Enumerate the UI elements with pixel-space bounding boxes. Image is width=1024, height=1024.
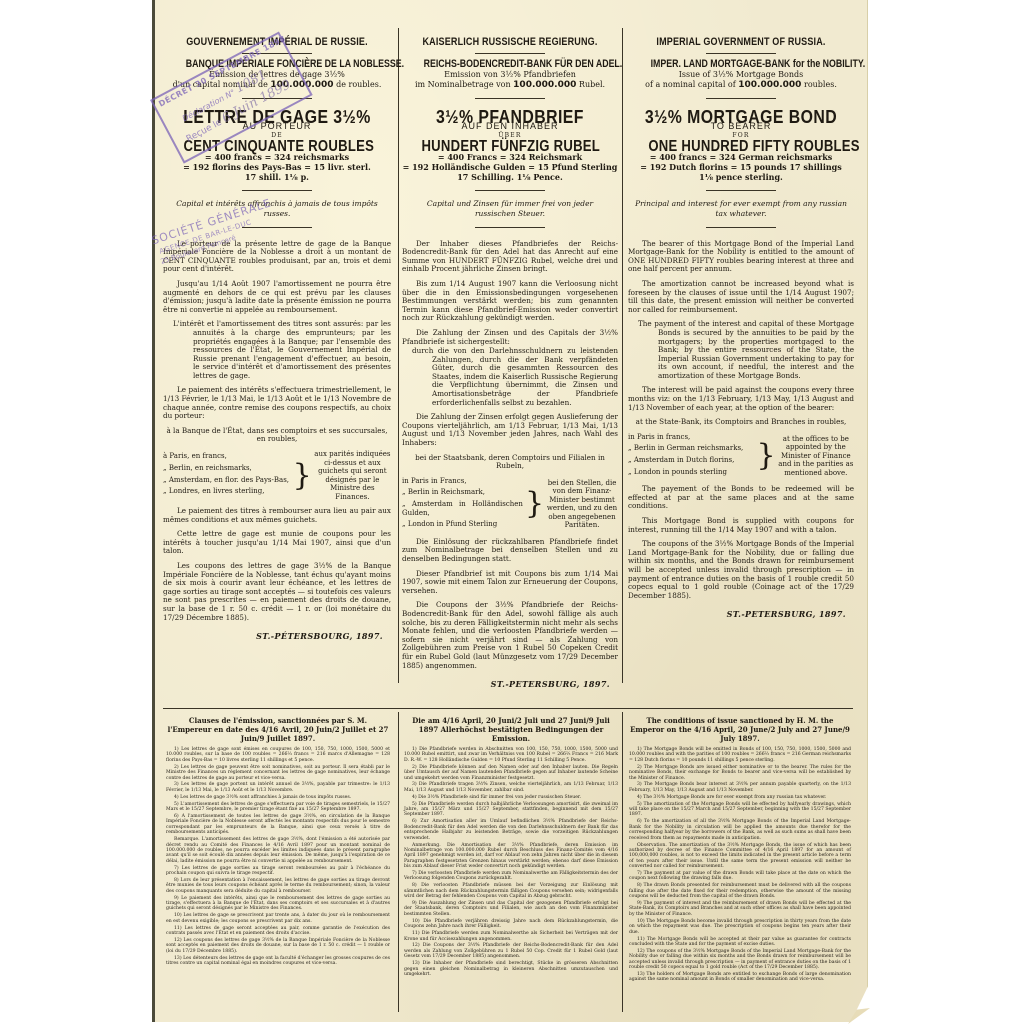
- clause-security: durch die von den Darlehnsschuldnern zu …: [402, 347, 618, 407]
- conditions-heading: The conditions of issue sanctioned by H.…: [629, 716, 851, 743]
- condition-item: 13) Die Inhaber der Pfandbriefe sind ber…: [404, 961, 618, 977]
- tax-exemption: Capital und Zinsen für immer frei von je…: [408, 199, 612, 219]
- column-divider: [398, 712, 399, 1012]
- conditions-en: The conditions of issue sanctioned by H.…: [629, 716, 851, 984]
- clause-interest-payment: Die Zahlung der Zinsen erfolgt gegen Aus…: [402, 413, 618, 447]
- condition-item: 3) The Mortgage Bonds bear interest at 3…: [629, 782, 851, 793]
- payment-place: „ London in Pfund Sterling: [402, 520, 523, 529]
- payment-place: in Paris in Francs,: [402, 477, 523, 486]
- tax-exemption: Principal and interest for ever exempt f…: [634, 199, 848, 219]
- payment-place: „ Amsterdam in Holländischen Gulden,: [402, 500, 523, 517]
- state-bank-payment: à la Banque de l'État, dans ses comptoir…: [163, 427, 391, 444]
- bank-name: IMPER. LAND MORTGAGE-BANK for the NOBILI…: [651, 60, 832, 69]
- clause-customs: Les coupons des lettres de gage 3½% de l…: [163, 562, 391, 622]
- rule: [706, 190, 776, 191]
- brace-symbol: }: [525, 489, 544, 519]
- clause-interest-payment: The interest will be paid against the co…: [628, 386, 854, 412]
- payment-place: à Paris, en francs,: [163, 452, 291, 461]
- condition-item: 10) Les lettres de gage se prescrivent p…: [166, 913, 390, 924]
- payment-note: aux parités indiquées ci-dessus et aux g…: [314, 450, 391, 501]
- condition-item: 13) Les détenteurs des lettres de gage o…: [166, 956, 390, 967]
- condition-item: 8) The drawn Bonds presented for reimbur…: [629, 883, 851, 899]
- rule: [475, 190, 545, 191]
- payment-place: „ Berlin in Reichsmark,: [402, 488, 523, 497]
- place-date: ST.-PÉTERSBOURG, 1897.: [163, 632, 383, 641]
- condition-item: 12) Les coupons des lettres de gage 3½% …: [166, 938, 390, 954]
- payment-places: in Paris in Francs,„ Berlin in Reichsmar…: [402, 477, 618, 532]
- condition-item: 9) The payment of interest and the reimb…: [629, 901, 851, 917]
- condition-item: 12) The coupons of the 3½% Mortgage Bond…: [629, 949, 851, 971]
- place-date: ST.-PETERSBURG, 1897.: [402, 680, 610, 689]
- condition-item: 11) The Mortgage Bonds will be accepted …: [629, 937, 851, 948]
- condition-item: 2) Les lettres de gage peuvent être soit…: [166, 765, 390, 781]
- payment-note: at the offices to be appointed by the Mi…: [778, 435, 854, 478]
- condition-item: Anmerkung. Die Amortisation der 3½% Pfan…: [404, 843, 618, 870]
- condition-item: 8) Die verloosten Pfandbriefe müssen bei…: [404, 883, 618, 899]
- condition-item: 7) Die verloosten Pfandbriefe werden zum…: [404, 871, 618, 882]
- brace-symbol: }: [757, 441, 776, 471]
- condition-item: Observation. The amortization of the 3½%…: [629, 843, 851, 870]
- condition-item: 4) The 3½% Mortgage Bonds are for ever e…: [629, 795, 851, 800]
- condition-item: 1) Die Pfandbriefe werden in Abschnitten…: [404, 747, 618, 763]
- conditions-heading: Clauses de l'émission, sanctionnées par …: [166, 716, 390, 743]
- condition-item: 4) Die 3½% Pfandbriefe sind für immer fr…: [404, 795, 618, 800]
- condition-item: 2) Die Pfandbriefe können auf den Namen …: [404, 765, 618, 781]
- clause-interest-payment: Le paiement des intérêts s'effectuera tr…: [163, 386, 391, 420]
- condition-item: 3) Die Pfandbriefe tragen 3½% Zinsen, we…: [404, 782, 618, 793]
- condition-item: Remarque. L'amortissement des lettres de…: [166, 837, 390, 864]
- payment-place: in Paris in francs,: [628, 433, 755, 442]
- brace-symbol: }: [293, 461, 312, 491]
- payment-place: „ Berlin in German reichsmarks,: [628, 444, 755, 453]
- column-divider: [622, 28, 623, 683]
- rule: [706, 98, 776, 99]
- clause-security: The payment of the interest and capital …: [628, 320, 854, 380]
- column-en: IMPERIAL GOVERNMENT OF RUSSIA.IMPER. LAN…: [628, 30, 854, 619]
- condition-item: 7) Les lettres de gage sorties au tirage…: [166, 866, 390, 877]
- clause-amortization: The amortization cannot be increased bey…: [628, 280, 854, 314]
- condition-item: 9) Le paiement des intérêts, ainsi que l…: [166, 896, 390, 912]
- conditions-fr: Clauses de l'émission, sanctionnées par …: [166, 716, 390, 968]
- clause-customs: Die Coupons der 3½% Pfandbriefe der Reic…: [402, 601, 618, 670]
- column-divider: [398, 28, 399, 683]
- state-bank-payment: bei der Staatsbank, deren Comptoirs und …: [402, 454, 618, 471]
- payment-place: „ London in pounds sterling: [628, 468, 755, 477]
- condition-item: 13) The holders of Mortgage Bonds are en…: [629, 972, 851, 983]
- conditions-divider: [163, 708, 853, 709]
- bond-title: 3½% MORTGAGE BOND: [642, 113, 841, 122]
- column-divider: [622, 712, 623, 1012]
- face-value: HUNDERT FÜNFZIG RUBEL: [421, 143, 598, 152]
- face-value: ONE HUNDRED FIFTY ROUBLES: [648, 143, 833, 152]
- issue-line: Emission von 3½% Pfandbriefenim Nominalb…: [402, 70, 618, 90]
- clause-customs: The coupons of the 3½% Mortgage Bonds of…: [628, 540, 854, 600]
- clause-entitlement: The bearer of this Mortgage Bond of the …: [628, 240, 854, 274]
- condition-item: 3) Les lettres de gage portent un intérê…: [166, 782, 390, 793]
- condition-item: 2) The Mortgage Bonds are issued either …: [629, 765, 851, 781]
- rule: [706, 227, 776, 228]
- clause-redemption: The payement of the Bonds to be redeemed…: [628, 485, 854, 511]
- clause-redemption: Die Einlösung der rückzahlbaren Pfandbri…: [402, 538, 618, 564]
- payment-place: „ Berlin, en reichsmarks,: [163, 464, 291, 473]
- payment-place: „ Amsterdam, en flor. des Pays-Bas,: [163, 476, 291, 485]
- column-de: KAISERLICH RUSSISCHE REGIERUNG.REICHS-BO…: [402, 30, 618, 689]
- rule: [706, 53, 776, 54]
- clause-amortization: Bis zum 1/14 August 1907 kann die Verloo…: [402, 280, 618, 323]
- condition-item: 8) Lors de leur présentation à l'encaiss…: [166, 878, 390, 894]
- currency-equivalents: = 400 francs = 324 German reichsmarks= 1…: [628, 152, 854, 182]
- clause-entitlement: Der Inhaber dieses Pfandbriefes der Reic…: [402, 240, 618, 274]
- condition-item: 5) Die Pfandbriefe werden durch halbjähr…: [404, 802, 618, 818]
- condition-item: 11) Les lettres de gage seront acceptées…: [166, 926, 390, 937]
- issue-amount: 100.000.000: [513, 80, 576, 90]
- condition-item: 1) The Mortgage Bonds will be emitted in…: [629, 747, 851, 763]
- condition-item: 12) Die Coupons der 3½% Pfandbriefe der …: [404, 943, 618, 959]
- tax-exemption: Capital et intérêts affranchis à jamais …: [169, 199, 385, 219]
- issue-line: Issue of 3½% Mortgage Bondsof a nominal …: [628, 70, 854, 90]
- bond-title: 3½% PFANDBRIEF: [415, 113, 605, 122]
- clause-security: L'intérêt et l'amortissement des titres …: [163, 320, 391, 380]
- condition-item: 10) The Mortgage Bonds become invalid th…: [629, 919, 851, 935]
- condition-item: 7) The payment at par value of the drawn…: [629, 871, 851, 882]
- bank-name: REICHS-BODENCREDIT-BANK FÜR DEN ADEL.: [424, 60, 597, 69]
- rule: [475, 98, 545, 99]
- conditions-heading: Die am 4/16 April, 20 Juni/2 Juli und 27…: [404, 716, 618, 743]
- condition-item: 5) L'amortissement des lettres de gage s…: [166, 802, 390, 813]
- condition-item: 5) The amortization of the Mortgage Bond…: [629, 802, 851, 818]
- condition-item: 6) Zur Amortisation aller im Umlauf befi…: [404, 819, 618, 841]
- rule: [475, 227, 545, 228]
- condition-item: 6) A l'amortissement de toutes les lettr…: [166, 814, 390, 836]
- clause-coupons: Dieser Pfandbrief ist mit Coupons bis zu…: [402, 570, 618, 596]
- state-bank-payment: at the State-Bank, its Comptoirs and Bra…: [628, 418, 854, 427]
- condition-item: 11) Die Pfandbriefe werden zum Nominalwe…: [404, 931, 618, 942]
- payment-places: à Paris, en francs,„ Berlin, en reichsma…: [163, 450, 391, 501]
- clause-redemption: Le paiement des titres à rembourser aura…: [163, 507, 391, 524]
- condition-item: 6) To the amortization of all the 3½% Mo…: [629, 819, 851, 841]
- rule: [242, 190, 312, 191]
- condition-item: 1) Les lettres de gage sont émises en co…: [166, 747, 390, 763]
- government-heading: IMPERIAL GOVERNMENT OF RUSSIA.: [648, 38, 833, 47]
- currency-equivalents: = 400 Francs = 324 Reichsmark= 192 Hollä…: [402, 152, 618, 182]
- clause-amortization: Jusqu'au 1/14 Août 1907 l'amortissement …: [163, 280, 391, 314]
- condition-item: 4) Les lettres de gage 3½% sont affranch…: [166, 795, 390, 800]
- issue-amount: 100.000.000: [738, 80, 801, 90]
- payment-places: in Paris in francs,„ Berlin in German re…: [628, 433, 854, 479]
- clause-security-lead: Die Zahlung der Zinsen und des Capitals …: [402, 329, 618, 346]
- clause-coupons: This Mortgage Bond is supplied with coup…: [628, 517, 854, 534]
- payment-note: bei den Stellen, die von dem Finanz-Mini…: [546, 479, 618, 530]
- payment-place: „ Londres, en livres sterling,: [163, 487, 291, 496]
- condition-item: 9) Die Auszahlung der Zinsen und das Cap…: [404, 901, 618, 917]
- condition-item: 10) Die Pfandbriefe verjähren dreissig J…: [404, 919, 618, 930]
- government-heading: KAISERLICH RUSSISCHE REGIERUNG.: [421, 38, 598, 47]
- conditions-de: Die am 4/16 April, 20 Juni/2 Juli und 27…: [404, 716, 618, 979]
- payment-place: „ Amsterdam in Dutch florins,: [628, 456, 755, 465]
- rule: [475, 53, 545, 54]
- place-date: ST.-PETERSBURG, 1897.: [628, 610, 846, 619]
- clause-coupons: Cette lettre de gage est munie de coupon…: [163, 530, 391, 556]
